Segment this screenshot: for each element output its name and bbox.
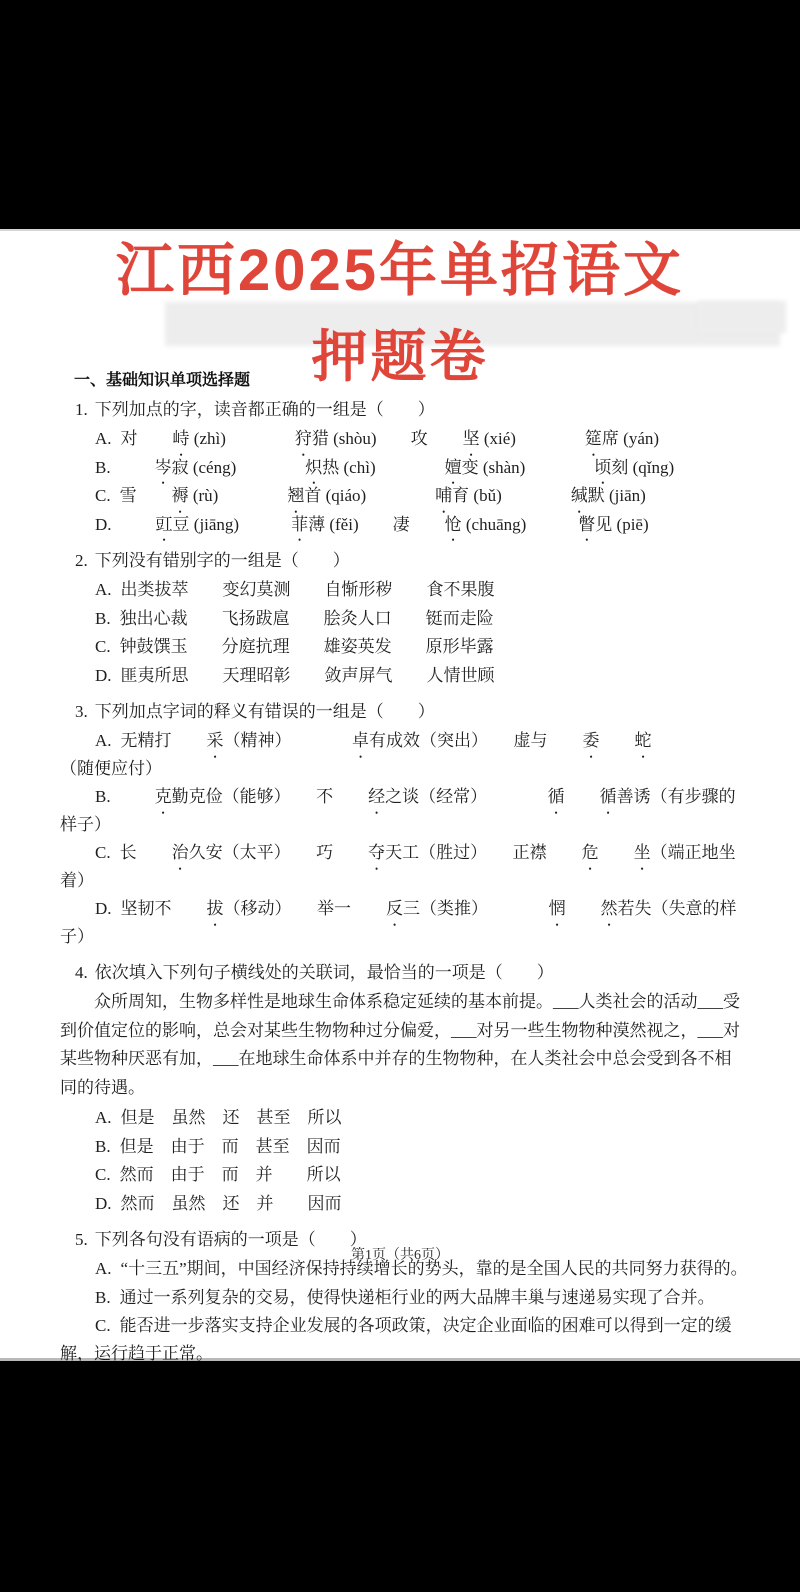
option-text: 豇豆 (jiāng) 菲薄 (fěi) 凄怆 (chuāng) 瞥见 (piē)	[121, 515, 649, 534]
option-label: B.	[95, 1288, 111, 1307]
option-row: C.雪褥 (rù) 翘首 (qiáo) 哺育 (bǔ) 缄默 (jiān)	[60, 482, 748, 510]
option-row: B.通过一系列复杂的交易，使得快递柜行业的两大品牌丰巢与速递易实现了合并。	[60, 1284, 748, 1312]
option-label: A.	[95, 1108, 112, 1127]
question-stem: 2.下列没有错别字的一组是（ ）	[60, 547, 748, 574]
question-stem: 4.依次填入下列句子横线处的关联词，最恰当的一项是（ ）	[60, 959, 748, 986]
option-label: B.	[95, 458, 111, 477]
option-label: C.	[95, 486, 111, 505]
option-label: C.	[95, 1316, 111, 1335]
question-stem-text: 下列加点字词的释义有错误的一组是（ ）	[95, 702, 435, 721]
option-label: B.	[95, 787, 111, 806]
option-row: A.对峙 (zhì) 狩猎 (shòu) 攻坚 (xié) 筵席 (yán)	[60, 425, 748, 453]
option-row: D.然而 虽然 还 并 因而	[60, 1190, 748, 1218]
option-text: 匪夷所思 天理昭彰 敛声屏气 人情世顾	[121, 666, 495, 685]
question-stem-text: 下列加点的字，读音都正确的一组是（ ）	[95, 400, 435, 419]
questions-area: 1.下列加点的字，读音都正确的一组是（ ） A.对峙 (zhì) 狩猎 (shò…	[60, 396, 748, 1432]
option-text: 但是 由于 而 甚至 因而	[120, 1137, 341, 1156]
option-label: D.	[95, 1194, 112, 1213]
option-label: A.	[95, 580, 112, 599]
option-row: B.克勤克俭（能够） 不经之谈（经常） 循循善诱（有步骤的样子）	[60, 783, 748, 838]
option-row: B.但是 由于 而 甚至 因而	[60, 1133, 748, 1161]
option-text: 克勤克俭（能够） 不经之谈（经常） 循循善诱（有步骤的样子）	[60, 787, 736, 834]
option-text: 能否进一步落实支持企业发展的各项政策，决定企业面临的困难可以得到一定的缓解，运行…	[60, 1316, 732, 1363]
option-row: A.无精打采（精神） 卓有成效（突出） 虚与委蛇（随便应付）	[60, 727, 748, 782]
option-label: D.	[95, 515, 112, 534]
question-number: 4.	[75, 963, 88, 982]
question-stem: 1.下列加点的字，读音都正确的一组是（ ）	[60, 396, 748, 423]
option-row: B.岑寂 (céng) 炽热 (chì) 嬗变 (shàn) 顷刻 (qǐng)	[60, 454, 748, 482]
question-1: 1.下列加点的字，读音都正确的一组是（ ） A.对峙 (zhì) 狩猎 (shò…	[60, 396, 748, 538]
option-text: 独出心裁 飞扬跋扈 脍灸人口 铤而走险	[120, 609, 494, 628]
option-label: C.	[95, 1165, 111, 1184]
option-row: D.豇豆 (jiāng) 菲薄 (fěi) 凄怆 (chuāng) 瞥见 (pi…	[60, 511, 748, 539]
option-row: C.然而 由于 而 并 所以	[60, 1161, 748, 1189]
option-row: C.长治久安（太平） 巧夺天工（胜过） 正襟危坐（端正地坐着）	[60, 839, 748, 894]
option-label: A.	[95, 731, 112, 750]
option-text: 岑寂 (céng) 炽热 (chì) 嬗变 (shàn) 顷刻 (qǐng)	[120, 458, 675, 477]
option-text: 出类拔萃 变幻莫测 自惭形秽 食不果腹	[121, 580, 495, 599]
option-text: 坚韧不拔（移动） 举一反三（类推） 惘然若失（失意的样子）	[60, 899, 737, 946]
option-row: C.能否进一步落实支持企业发展的各项政策，决定企业面临的困难可以得到一定的缓解，…	[60, 1312, 748, 1367]
question-passage: 众所周知，生物多样性是地球生命体系稳定延续的基本前提。___人类社会的活动___…	[60, 988, 748, 1102]
option-text: 但是 虽然 还 甚至 所以	[121, 1108, 342, 1127]
question-number: 3.	[75, 702, 88, 721]
option-text: 对峙 (zhì) 狩猎 (shòu) 攻坚 (xié) 筵席 (yán)	[121, 429, 660, 448]
question-stem-text: 下列没有错别字的一组是（ ）	[95, 551, 350, 570]
question-3: 3.下列加点字词的释义有错误的一组是（ ） A.无精打采（精神） 卓有成效（突出…	[60, 698, 748, 950]
question-stem: 3.下列加点字词的释义有错误的一组是（ ）	[60, 698, 748, 725]
option-label: D.	[95, 666, 112, 685]
option-label: B.	[95, 1137, 111, 1156]
question-2: 2.下列没有错别字的一组是（ ） A.出类拔萃 变幻莫测 自惭形秽 食不果腹 B…	[60, 547, 748, 689]
question-number: 1.	[75, 400, 88, 419]
section-heading: 一、基础知识单项选择题	[74, 367, 250, 390]
option-label: B.	[95, 609, 111, 628]
page-title-line1: 江西2025年单招语文	[0, 235, 800, 307]
option-row: A.但是 虽然 还 甚至 所以	[60, 1104, 748, 1132]
exam-page: 江西2025年单招语文 押题卷 一、基础知识单项选择题 1.下列加点的字，读音都…	[0, 229, 800, 1361]
page-footer: 第1页（共6页）	[0, 1244, 800, 1264]
bottom-letterbox	[0, 1361, 800, 1592]
option-row: A.出类拔萃 变幻莫测 自惭形秽 食不果腹	[60, 576, 748, 604]
question-number: 2.	[75, 551, 88, 570]
option-row: C.钟鼓馔玉 分庭抗理 雄姿英发 原形毕露	[60, 633, 748, 661]
top-letterbox	[0, 0, 800, 229]
option-text: 然而 由于 而 并 所以	[120, 1165, 341, 1184]
question-stem-text: 依次填入下列句子横线处的关联词，最恰当的一项是（ ）	[95, 963, 554, 982]
option-label: D.	[95, 899, 112, 918]
option-text: 雪褥 (rù) 翘首 (qiáo) 哺育 (bǔ) 缄默 (jiān)	[120, 486, 646, 505]
option-label: C.	[95, 637, 111, 656]
option-label: C.	[95, 843, 111, 862]
question-4: 4.依次填入下列句子横线处的关联词，最恰当的一项是（ ） 众所周知，生物多样性是…	[60, 959, 748, 1217]
option-text: 长治久安（太平） 巧夺天工（胜过） 正襟危坐（端正地坐着）	[60, 843, 736, 890]
option-text: 通过一系列复杂的交易，使得快递柜行业的两大品牌丰巢与速递易实现了合并。	[120, 1288, 715, 1307]
option-label: A.	[95, 429, 112, 448]
option-text: 无精打采（精神） 卓有成效（突出） 虚与委蛇（随便应付）	[60, 731, 652, 778]
option-row: B.独出心裁 飞扬跋扈 脍灸人口 铤而走险	[60, 605, 748, 633]
option-text: 钟鼓馔玉 分庭抗理 雄姿英发 原形毕露	[120, 637, 494, 656]
option-row: D.坚韧不拔（移动） 举一反三（类推） 惘然若失（失意的样子）	[60, 895, 748, 950]
option-row: D.匪夷所思 天理昭彰 敛声屏气 人情世顾	[60, 662, 748, 690]
option-text: 然而 虽然 还 并 因而	[121, 1194, 342, 1213]
